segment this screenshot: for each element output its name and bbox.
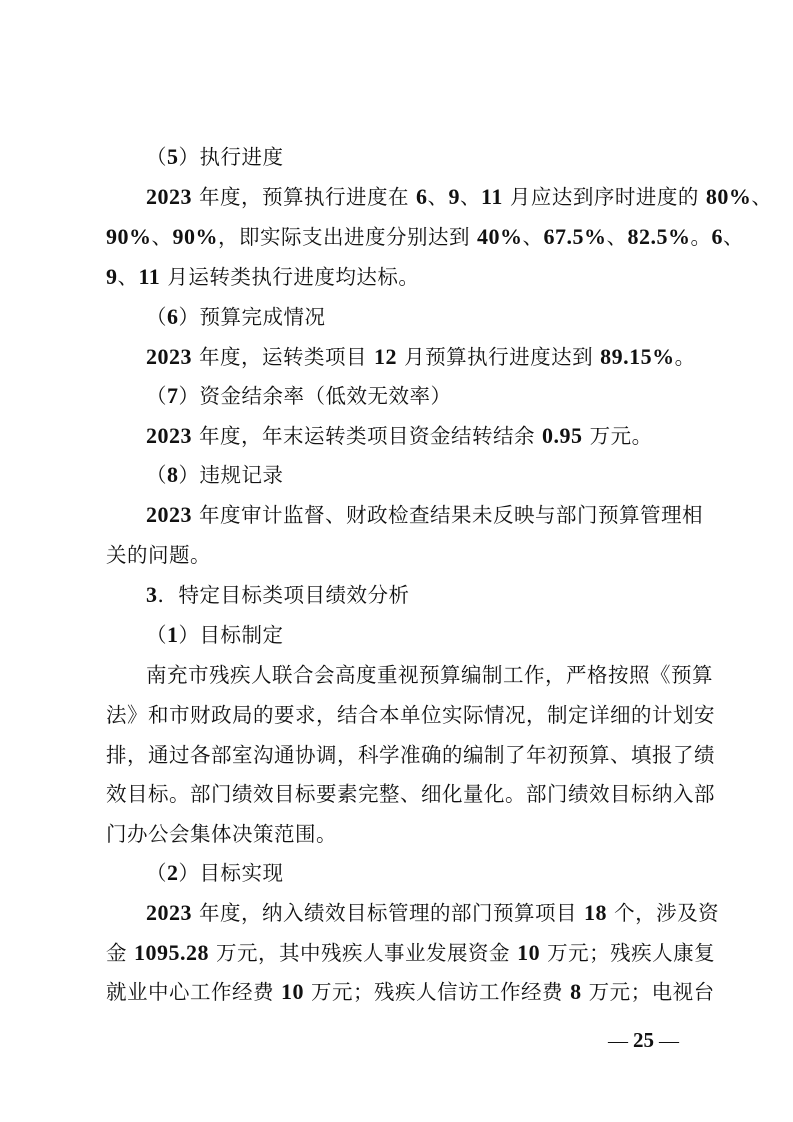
number: 12 (374, 344, 397, 369)
text: 。 (675, 345, 696, 369)
text: 、 (723, 225, 744, 249)
number: 11 (481, 184, 503, 209)
text: ）资金结余率（低效无效率） (179, 384, 452, 408)
number: 1095.28 (134, 940, 209, 965)
text: 万元，其中残疾人事业发展资金 (209, 941, 517, 965)
text: 、 (523, 225, 544, 249)
paragraph-line: 南充市残疾人联合会高度重视预算编制工作，严格按照《预算 (146, 660, 713, 690)
number: 8 (570, 979, 582, 1004)
heading-specific-target-projects: 3．特定目标类项目绩效分析 (146, 580, 410, 610)
text: （ (146, 305, 167, 329)
text: ）目标实现 (179, 861, 284, 885)
number: 89.15% (600, 344, 675, 369)
paragraph-line: 2023 年度，预算执行进度在 6、9、11 月应达到序时进度的 80%、 (146, 182, 772, 212)
number: 7 (167, 383, 179, 408)
number: 1 (167, 622, 179, 647)
number: 90% (106, 224, 152, 249)
text: 、 (428, 185, 449, 209)
text: （ (146, 623, 167, 647)
text: （ (146, 861, 167, 885)
document-page: （5）执行进度 2023 年度，预算执行进度在 6、9、11 月应达到序时进度的… (0, 0, 793, 1122)
number: 82.5% (628, 224, 691, 249)
text: ）预算完成情况 (179, 305, 326, 329)
page-number-value: 25 (633, 1028, 654, 1052)
number: 67.5% (544, 224, 607, 249)
text: 万元；电视台 (582, 980, 715, 1004)
text: 门办公会集体决策范围。 (106, 822, 337, 846)
text: 、 (152, 225, 173, 249)
number: 10 (281, 979, 304, 1004)
text: 月应达到序时进度的 (503, 185, 706, 209)
text: 万元。 (583, 424, 653, 448)
text: 。 (691, 225, 712, 249)
text: 年度审计监督、财政检查结果未反映与部门预算管理相 (192, 503, 703, 527)
number: 2 (167, 860, 179, 885)
number: 11 (139, 264, 161, 289)
paragraph-line: 2023 年度，运转类项目 12 月预算执行进度达到 89.15%。 (146, 342, 696, 372)
text: （ (146, 463, 167, 487)
paragraph-line: 排，通过各部室沟通协调，科学准确的编制了年初预算、填报了绩 (106, 740, 715, 770)
heading-violation-records: （8）违规记录 (146, 460, 284, 490)
number: 6 (712, 224, 724, 249)
text: 就业中心工作经费 (106, 980, 281, 1004)
text: 月运转类执行进度均达标。 (160, 265, 419, 289)
number: 2023 (146, 900, 192, 925)
number: 0.95 (542, 423, 583, 448)
text: 月预算执行进度达到 (397, 345, 600, 369)
heading-target-setting: （1）目标制定 (146, 620, 284, 650)
text: 金 (106, 941, 134, 965)
text: ．特定目标类项目绩效分析 (158, 583, 410, 607)
text: （ (146, 384, 167, 408)
text: ）执行进度 (179, 145, 284, 169)
number: 40% (477, 224, 523, 249)
number: 6 (416, 184, 428, 209)
text: （ (146, 145, 167, 169)
text: ，即实际支出进度分别达到 (218, 225, 477, 249)
paragraph-line: 就业中心工作经费 10 万元；残疾人信访工作经费 8 万元；电视台 (106, 977, 715, 1007)
text: 年度，年末运转类项目资金结转结余 (192, 424, 542, 448)
heading-execution-progress: （5）执行进度 (146, 142, 284, 172)
number: 9 (449, 184, 461, 209)
text: 年度，预算执行进度在 (192, 185, 416, 209)
heading-fund-balance-rate: （7）资金结余率（低效无效率） (146, 381, 452, 411)
text: 排，通过各部室沟通协调，科学准确的编制了年初预算、填报了绩 (106, 743, 715, 767)
text: 效目标。部门绩效目标要素完整、细化量化。部门绩效目标纳入部 (106, 782, 715, 806)
dash: — (659, 1030, 679, 1052)
paragraph-line: 2023 年度，年末运转类项目资金结转结余 0.95 万元。 (146, 421, 653, 451)
number: 6 (167, 304, 179, 329)
number: 9 (106, 264, 118, 289)
heading-target-achievement: （2）目标实现 (146, 858, 284, 888)
text: 年度，纳入绩效目标管理的部门预算项目 (192, 901, 584, 925)
text: 法》和市财政局的要求，结合本单位实际情况，制定详细的计划安 (106, 703, 715, 727)
number: 2023 (146, 184, 192, 209)
number: 80% (706, 184, 752, 209)
paragraph-line: 效目标。部门绩效目标要素完整、细化量化。部门绩效目标纳入部 (106, 779, 715, 809)
text: 、 (460, 185, 481, 209)
paragraph-line: 关的问题。 (106, 540, 211, 570)
number: 5 (167, 144, 179, 169)
paragraph-line: 门办公会集体决策范围。 (106, 819, 337, 849)
number: 2023 (146, 502, 192, 527)
text: 个，涉及资 (607, 901, 719, 925)
text: ）目标制定 (179, 623, 284, 647)
page-number: — 25 — (608, 1028, 679, 1053)
heading-budget-completion: （6）预算完成情况 (146, 302, 326, 332)
text: 、 (607, 225, 628, 249)
number: 10 (517, 940, 540, 965)
text: 万元；残疾人信访工作经费 (304, 980, 570, 1004)
paragraph-line: 2023 年度，纳入绩效目标管理的部门预算项目 18 个，涉及资 (146, 898, 719, 928)
number: 2023 (146, 423, 192, 448)
text: 关的问题。 (106, 543, 211, 567)
paragraph-line: 法》和市财政局的要求，结合本单位实际情况，制定详细的计划安 (106, 700, 715, 730)
text: 、 (118, 265, 139, 289)
text: 万元；残疾人康复 (540, 941, 715, 965)
paragraph-line: 金 1095.28 万元，其中残疾人事业发展资金 10 万元；残疾人康复 (106, 938, 715, 968)
text: ）违规记录 (179, 463, 284, 487)
number: 2023 (146, 344, 192, 369)
dash: — (608, 1030, 628, 1052)
paragraph-line: 9、11 月运转类执行进度均达标。 (106, 262, 419, 292)
text: 年度，运转类项目 (192, 345, 374, 369)
number: 8 (167, 462, 179, 487)
text: 、 (751, 185, 772, 209)
text: 南充市残疾人联合会高度重视预算编制工作，严格按照《预算 (146, 663, 713, 687)
paragraph-line: 90%、90%，即实际支出进度分别达到 40%、67.5%、82.5%。6、 (106, 222, 744, 252)
number: 18 (584, 900, 607, 925)
number: 90% (173, 224, 219, 249)
paragraph-line: 2023 年度审计监督、财政检查结果未反映与部门预算管理相 (146, 500, 703, 530)
number: 3 (146, 582, 158, 607)
